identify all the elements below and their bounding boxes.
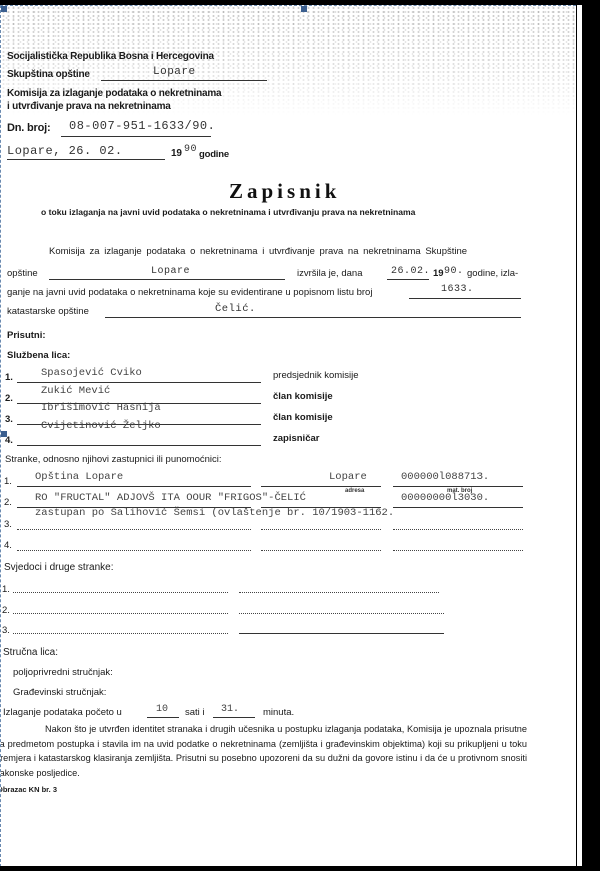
party-id: 000000l08871З.	[401, 471, 489, 483]
agri-expert-label: poljoprivredni stručnjak:	[13, 667, 113, 678]
godine-text: godine, izla-	[467, 268, 518, 279]
party-address: Lopare	[329, 471, 367, 483]
intro-date: 26.02.	[391, 266, 430, 277]
official-role: zapisničar	[273, 433, 319, 444]
katastar-label: katastarske opštine	[7, 306, 89, 317]
official-role: član komisije	[273, 391, 333, 402]
officials-label: Službena lica:	[7, 350, 70, 361]
experts-label: Stručna lica:	[3, 647, 58, 658]
opstine-value: Lopare	[151, 266, 190, 277]
party-name: RO "FRUCTAL" ADJOVŠ ITA OOUR "FRIGOS"-ČE…	[35, 492, 306, 504]
official-name: Ibrišimović Hasnija	[41, 402, 161, 414]
official-name: Spasojević Cviko	[41, 367, 142, 379]
opstine-label: opštine	[7, 268, 38, 279]
assembly-label: Skupština opštine	[7, 69, 90, 80]
katastar-value: Čelić.	[215, 303, 256, 315]
civil-expert-label: Građevinski stručnjak:	[13, 687, 106, 698]
resize-handle-middle-left[interactable]	[1, 431, 7, 437]
republic-name: Socijalistička Republika Bosna i Hercego…	[7, 51, 214, 62]
dn-number: 08-007-951-1633/90.	[69, 119, 215, 133]
assembly-value: Lopare	[153, 66, 196, 78]
official-name: Cvijetinović Željko	[41, 420, 161, 432]
year-prefix: 19	[171, 148, 182, 159]
document-title: Zapisnik	[229, 179, 340, 204]
intro-line-1: Komisija za izlaganje podataka o nekretn…	[49, 246, 467, 257]
party-note: zastupan po Salihović Šemsi (ovlaštenje …	[35, 507, 394, 519]
start-prefix: Izlaganje podataka početo u	[3, 707, 122, 718]
intro-line-3: ganje na javni uvid podataka o nekretnin…	[7, 287, 372, 298]
party-name: Opština Lopare	[35, 471, 123, 483]
form-label: Obrazac KN br. 3	[0, 785, 57, 794]
izvrsila-text: izvršila je, dana	[297, 268, 362, 279]
official-name: Zukić Mević	[41, 385, 110, 397]
official-role: predsjednik komisije	[273, 370, 359, 381]
resize-handle-top-left[interactable]	[1, 6, 7, 12]
party-id: 00000000l3030.	[401, 492, 489, 504]
place-date: Lopare, 26. 02.	[7, 144, 123, 158]
year-suffix: godine	[199, 149, 229, 160]
present-label: Prisutni:	[7, 330, 46, 341]
page-right-frame	[577, 5, 582, 867]
commission-line-1: Komisija za izlaganje podataka o nekretn…	[7, 88, 221, 99]
page-bottom-edge	[0, 866, 600, 871]
start-mid: sati i	[185, 707, 205, 718]
address-caption: adresa	[345, 488, 364, 494]
start-suffix: minuta.	[263, 707, 294, 718]
official-role: član komisije	[273, 412, 333, 423]
commission-line-2: i utvrđivanje prava na nekretninama	[7, 101, 171, 112]
document-subtitle: o toku izlaganja na javni uvid podataka …	[41, 207, 415, 217]
intro-year-prefix: 19	[433, 268, 444, 279]
witnesses-label: Svjedoci i druge stranke:	[4, 562, 114, 573]
resize-handle-top-center[interactable]	[301, 6, 307, 12]
closing-paragraph: Nakon što je utvrđen identitet stranaka …	[0, 722, 527, 780]
year-value: 90	[184, 144, 197, 155]
start-hours: 10	[156, 704, 168, 715]
start-minutes: 31.	[221, 704, 239, 715]
list-number: 1633.	[441, 284, 474, 295]
scanned-document-page: Socijalistička Republika Bosna i Hercego…	[0, 5, 576, 867]
parties-label: Stranke, odnosno njihovi zastupnici ili …	[5, 454, 222, 465]
dn-label: Dn. broj:	[7, 122, 50, 134]
intro-year-value: 90.	[444, 266, 464, 277]
